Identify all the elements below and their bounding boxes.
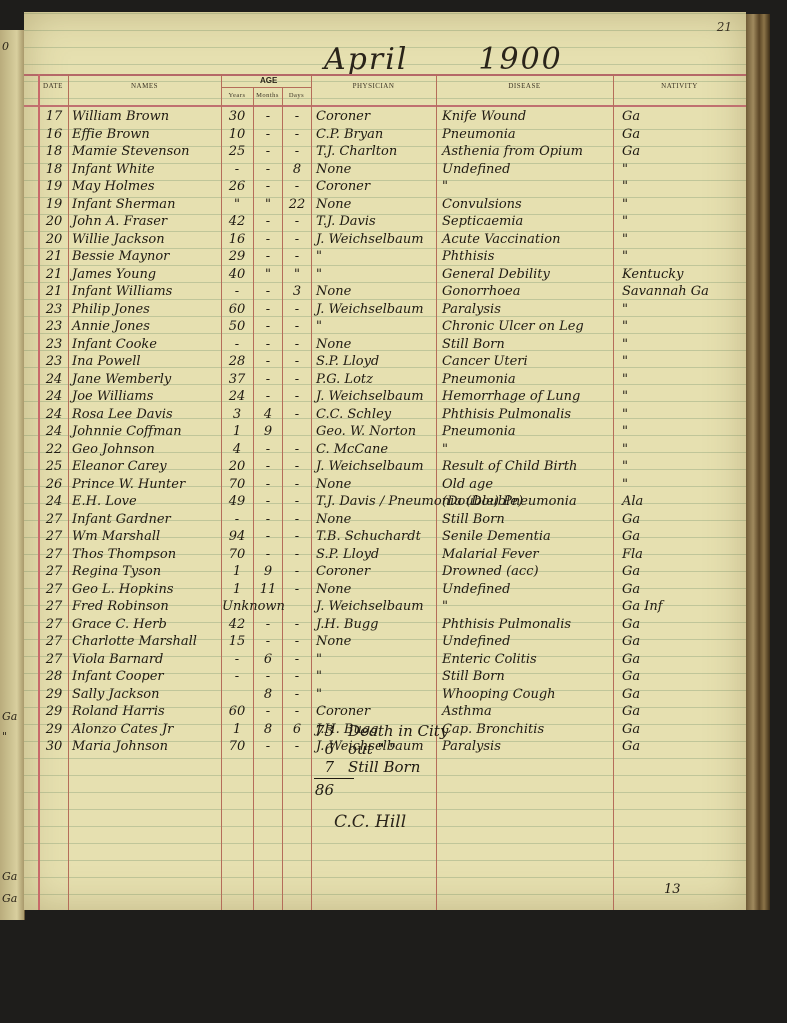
entry-name: Fred Robinson <box>72 598 169 615</box>
entry-age-days: - <box>284 178 310 195</box>
entry-nativity: Ga <box>622 563 640 580</box>
ledger-row: 28Infant Cooper---"Still BornGa <box>24 668 746 686</box>
entry-name: Infant Sherman <box>72 196 175 213</box>
entry-disease: Septicaemia <box>442 213 523 230</box>
month-header: April1900 <box>324 42 563 77</box>
entry-name: Rosa Lee Davis <box>72 406 173 423</box>
entry-age-days: - <box>284 371 310 388</box>
entry-age-years: 37 <box>222 371 252 388</box>
entry-age-years: 1 <box>222 581 252 598</box>
entry-nativity: " <box>622 161 628 178</box>
entry-date: 20 <box>40 231 68 248</box>
entry-age-months: - <box>254 511 282 528</box>
entry-date: 24 <box>40 388 68 405</box>
entry-age-months: - <box>254 178 282 195</box>
entry-name: Infant Cooke <box>72 336 157 353</box>
entry-age-years: Unknown <box>222 598 252 615</box>
col-header-months: Months <box>253 92 282 99</box>
entry-physician: " <box>316 686 322 703</box>
ledger-row: 27Infant Gardner---NoneStill BornGa <box>24 511 746 529</box>
summary-count: 6 <box>314 740 334 758</box>
ledger-row: 24Joe Williams24--J. WeichselbaumHemorrh… <box>24 388 746 406</box>
ledger-row: 25Eleanor Carey20--J. WeichselbaumResult… <box>24 458 746 476</box>
entry-age-months: - <box>254 108 282 125</box>
entry-age-days: 6 <box>284 721 310 738</box>
entry-name: Mamie Stevenson <box>72 143 189 160</box>
entry-age-months: 8 <box>254 686 282 703</box>
entry-age-months: - <box>254 546 282 563</box>
entry-age-years: - <box>222 161 252 178</box>
ledger-page: 21 April1900 DATE NAMES AGE Years Months… <box>24 12 746 910</box>
entry-age-days: - <box>284 703 310 720</box>
entry-date: 19 <box>40 196 68 213</box>
entry-name: Maria Johnson <box>72 738 168 755</box>
ledger-entries: 17William Brown30--CoronerKnife WoundGa1… <box>24 108 746 756</box>
entry-age-days: - <box>284 738 310 755</box>
entry-date: 19 <box>40 178 68 195</box>
entry-date: 21 <box>40 266 68 283</box>
entry-name: Infant Gardner <box>72 511 171 528</box>
entry-name: Johnnie Coffman <box>72 423 182 440</box>
entry-age-months: - <box>254 231 282 248</box>
entry-age-years: 1 <box>222 721 252 738</box>
entry-date: 23 <box>40 336 68 353</box>
entry-nativity: " <box>622 388 628 405</box>
entry-age-years: 10 <box>222 126 252 143</box>
entry-age-months: - <box>254 336 282 353</box>
entry-nativity: Savannah Ga <box>622 283 709 300</box>
entry-physician: Geo. W. Norton <box>316 423 416 440</box>
left-page-fragment: " <box>2 730 7 743</box>
entry-age-years: 50 <box>222 318 252 335</box>
year-label: 1900 <box>478 42 562 77</box>
entry-date: 18 <box>40 143 68 160</box>
entry-name: James Young <box>72 266 156 283</box>
entry-date: 26 <box>40 476 68 493</box>
entry-physician: None <box>316 161 351 178</box>
entry-nativity: Ga <box>622 143 640 160</box>
ledger-row: 23Philip Jones60--J. WeichselbaumParalys… <box>24 301 746 319</box>
entry-date: 27 <box>40 616 68 633</box>
entry-physician: Coroner <box>316 703 370 720</box>
entry-nativity: Kentucky <box>622 266 684 283</box>
entry-disease: Phthisis Pulmonalis <box>442 406 571 423</box>
entry-age-days: - <box>284 388 310 405</box>
left-page-fragment: Ga <box>2 870 17 883</box>
ledger-row: 23Annie Jones50--"Chronic Ulcer on Leg" <box>24 318 746 336</box>
entry-name: Bessie Maynor <box>72 248 169 265</box>
entry-age-years: " <box>222 196 252 213</box>
entry-age-months: - <box>254 318 282 335</box>
entry-age-days: - <box>284 336 310 353</box>
entry-nativity: Ga <box>622 738 640 755</box>
entry-name: Alonzo Cates Jr <box>72 721 173 738</box>
entry-age-years: 15 <box>222 633 252 650</box>
entry-physician: J. Weichselbaum <box>316 458 424 475</box>
entry-physician: J. Weichselbaum <box>316 598 424 615</box>
ledger-row: 29Roland Harris60--CoronerAsthmaGa <box>24 703 746 721</box>
entry-physician: None <box>316 633 351 650</box>
entry-nativity: Ga <box>622 651 640 668</box>
entry-age-months: - <box>254 668 282 685</box>
entry-nativity: Ga <box>622 581 640 598</box>
entry-name: E.H. Love <box>72 493 137 510</box>
entry-age-days: - <box>284 581 310 598</box>
entry-age-days: - <box>284 686 310 703</box>
entry-name: Ina Powell <box>72 353 141 370</box>
entry-name: Eleanor Carey <box>72 458 167 475</box>
entry-disease: Phthisis Pulmonalis <box>442 616 571 633</box>
entry-age-days: - <box>284 651 310 668</box>
entry-age-months: - <box>254 476 282 493</box>
header-bottom-rule <box>24 105 746 107</box>
entry-age-days: - <box>284 301 310 318</box>
entry-date: 27 <box>40 598 68 615</box>
left-page-fragment: Ga <box>2 892 17 905</box>
entry-name: Geo Johnson <box>72 441 155 458</box>
entry-nativity: Ga <box>622 633 640 650</box>
col-header-nativity: NATIVITY <box>613 82 746 90</box>
entry-physician: T.B. Schuchardt <box>316 528 421 545</box>
entry-physician: None <box>316 476 351 493</box>
entry-disease: Paralysis <box>442 738 501 755</box>
entry-disease: Senile Dementia <box>442 528 551 545</box>
entry-age-months: - <box>254 441 282 458</box>
entry-name: Wm Marshall <box>72 528 160 545</box>
entry-age-years: 4 <box>222 441 252 458</box>
entry-age-months: - <box>254 703 282 720</box>
entry-physician: None <box>316 283 351 300</box>
entry-name: Philip Jones <box>72 301 150 318</box>
entry-disease: Acute Vaccination <box>442 231 560 248</box>
entry-disease: Drowned (acc) <box>442 563 539 580</box>
ledger-row: 29Sally Jackson8-"Whooping CoughGa <box>24 686 746 704</box>
entry-date: 27 <box>40 511 68 528</box>
entry-age-days: - <box>284 476 310 493</box>
entry-physician: J. Weichselbaum <box>316 388 424 405</box>
entry-name: Sally Jackson <box>72 686 159 703</box>
entry-disease: Still Born <box>442 511 505 528</box>
left-page-fragment: 0 <box>2 40 9 53</box>
entry-age-years: - <box>222 336 252 353</box>
ledger-row: 17William Brown30--CoronerKnife WoundGa <box>24 108 746 126</box>
entry-date: 27 <box>40 563 68 580</box>
entry-nativity: " <box>622 318 628 335</box>
entry-disease: Undefined <box>442 633 510 650</box>
entry-age-years: - <box>222 283 252 300</box>
summary-label: Still Born <box>348 758 420 776</box>
entry-age-days: - <box>284 528 310 545</box>
month-label: April <box>324 42 408 77</box>
entry-date: 16 <box>40 126 68 143</box>
entry-nativity: " <box>622 196 628 213</box>
entry-disease: Malarial Fever <box>442 546 539 563</box>
entry-date: 18 <box>40 161 68 178</box>
ledger-row: 23Ina Powell28--S.P. LloydCancer Uteri" <box>24 353 746 371</box>
entry-age-years: 28 <box>222 353 252 370</box>
entry-nativity: Ga <box>622 721 640 738</box>
entry-age-months: - <box>254 371 282 388</box>
entry-age-days: - <box>284 563 310 580</box>
entry-date: 27 <box>40 633 68 650</box>
ledger-row: 18Mamie Stevenson25--T.J. CharltonAsthen… <box>24 143 746 161</box>
entry-disease: " <box>442 441 448 458</box>
entry-nativity: " <box>622 231 628 248</box>
entry-age-days: 3 <box>284 283 310 300</box>
entry-disease: Whooping Cough <box>442 686 556 703</box>
entry-age-years: 24 <box>222 388 252 405</box>
entry-date: 28 <box>40 668 68 685</box>
entry-age-days: 8 <box>284 161 310 178</box>
entry-physician: None <box>316 336 351 353</box>
entry-nativity: Fla <box>622 546 643 563</box>
entry-age-years: 94 <box>222 528 252 545</box>
entry-date: 27 <box>40 651 68 668</box>
entry-name: Infant Williams <box>72 283 172 300</box>
entry-age-years: 70 <box>222 738 252 755</box>
entry-age-days: - <box>284 458 310 475</box>
ledger-row: 27Thos Thompson70--S.P. LloydMalarial Fe… <box>24 546 746 564</box>
col-header-age: AGE <box>260 76 277 85</box>
entry-date: 25 <box>40 458 68 475</box>
entry-name: Effie Brown <box>72 126 150 143</box>
book-page-edges <box>746 14 770 910</box>
entry-name: Regina Tyson <box>72 563 161 580</box>
entry-name: Infant Cooper <box>72 668 164 685</box>
entry-date: 17 <box>40 108 68 125</box>
entry-age-months: - <box>254 738 282 755</box>
entry-age-months: 9 <box>254 423 282 440</box>
entry-age-years: 42 <box>222 213 252 230</box>
entry-physician: None <box>316 511 351 528</box>
entry-age-months: " <box>254 196 282 213</box>
entry-name: Grace C. Herb <box>72 616 167 633</box>
entry-physician: " <box>316 248 322 265</box>
entry-date: 21 <box>40 248 68 265</box>
col-header-date: DATE <box>38 82 68 90</box>
entry-disease: Hemorrhage of Lung <box>442 388 580 405</box>
entry-date: 24 <box>40 423 68 440</box>
entry-nativity: " <box>622 301 628 318</box>
entry-nativity: " <box>622 458 628 475</box>
entry-age-days: - <box>284 231 310 248</box>
entry-date: 27 <box>40 546 68 563</box>
entry-name: Geo L. Hopkins <box>72 581 174 598</box>
ledger-row: 21Infant Williams--3NoneGonorrhoeaSavann… <box>24 283 746 301</box>
ledger-row: 27Viola Barnard-6-"Enteric ColitisGa <box>24 651 746 669</box>
entry-date: 30 <box>40 738 68 755</box>
ledger-row: 21Bessie Maynor29--"Phthisis" <box>24 248 746 266</box>
entry-date: 21 <box>40 283 68 300</box>
entry-physician: " <box>316 266 322 283</box>
entry-age-months: - <box>254 283 282 300</box>
entry-name: Infant White <box>72 161 155 178</box>
entry-disease: Undefined <box>442 161 510 178</box>
entry-nativity: Ala <box>622 493 643 510</box>
ledger-row: 27Geo L. Hopkins111-NoneUndefinedGa <box>24 581 746 599</box>
entry-nativity: Ga <box>622 703 640 720</box>
entry-age-days: - <box>284 406 310 423</box>
entry-age-months: - <box>254 248 282 265</box>
entry-age-months: 11 <box>254 581 282 598</box>
entry-age-years: - <box>222 668 252 685</box>
entry-nativity: " <box>622 423 628 440</box>
entry-disease: " <box>442 598 448 615</box>
entry-physician: None <box>316 196 351 213</box>
corner-mark: 13 <box>664 882 681 897</box>
entry-age-days: - <box>284 633 310 650</box>
left-page-fragment: Ga <box>2 710 17 723</box>
entry-age-days: - <box>284 108 310 125</box>
entry-age-days: - <box>284 493 310 510</box>
summary-label: out " " <box>348 740 396 758</box>
entry-name: Viola Barnard <box>72 651 163 668</box>
entry-nativity: " <box>622 476 628 493</box>
ledger-row: 18Infant White--8NoneUndefined" <box>24 161 746 179</box>
entry-nativity: Ga <box>622 668 640 685</box>
entry-disease: Old age <box>442 476 493 493</box>
entry-age-years: 25 <box>222 143 252 160</box>
ledger-row: 23Infant Cooke---NoneStill Born" <box>24 336 746 354</box>
entry-nativity: " <box>622 178 628 195</box>
entry-disease: Convulsions <box>442 196 522 213</box>
entry-age-months: 6 <box>254 651 282 668</box>
ledger-row: 26Prince W. Hunter70--NoneOld age" <box>24 476 746 494</box>
entry-nativity: " <box>622 441 628 458</box>
entry-date: 23 <box>40 353 68 370</box>
entry-disease: Result of Child Birth <box>442 458 577 475</box>
entry-disease: Phthisis <box>442 248 494 265</box>
entry-age-years: 60 <box>222 703 252 720</box>
entry-age-years: - <box>222 511 252 528</box>
entry-name: Thos Thompson <box>72 546 176 563</box>
summary-count: 7 <box>314 758 334 776</box>
entry-nativity: " <box>622 248 628 265</box>
entry-date: 29 <box>40 721 68 738</box>
entry-disease: General Debility <box>442 266 550 283</box>
ledger-row: 21James Young40"""General DebilityKentuc… <box>24 266 746 284</box>
entry-nativity: " <box>622 213 628 230</box>
summary-count: 73 <box>314 722 334 740</box>
ledger-row: 27Charlotte Marshall15--NoneUndefinedGa <box>24 633 746 651</box>
entry-disease: Pneumonia <box>442 126 516 143</box>
entry-age-years: 26 <box>222 178 252 195</box>
entry-disease: " <box>442 178 448 195</box>
ledger-row: 19May Holmes26--Coroner"" <box>24 178 746 196</box>
entry-nativity: " <box>622 406 628 423</box>
ledger-row: 24E.H. Love49--T.J. Davis / Pneumonia (D… <box>24 493 746 511</box>
entry-disease: Undefined <box>442 581 510 598</box>
ledger-row: 22Geo Johnson4--C. McCane"" <box>24 441 746 459</box>
entry-age-days: - <box>284 353 310 370</box>
total-rule <box>314 778 354 779</box>
col-header-days: Days <box>282 92 311 99</box>
entry-nativity: Ga <box>622 528 640 545</box>
entry-age-months: - <box>254 353 282 370</box>
ledger-row: 27Grace C. Herb42--J.H. BuggPhthisis Pul… <box>24 616 746 634</box>
entry-age-days: - <box>284 126 310 143</box>
entry-age-years: 1 <box>222 423 252 440</box>
entry-nativity: Ga Inf <box>622 598 663 615</box>
entry-age-months: - <box>254 633 282 650</box>
entry-nativity: Ga <box>622 511 640 528</box>
entry-name: Joe Williams <box>72 388 153 405</box>
col-header-physician: PHYSICIAN <box>311 82 436 90</box>
entry-age-months: - <box>254 458 282 475</box>
ledger-row: 19Infant Sherman""22NoneConvulsions" <box>24 196 746 214</box>
entry-name: Roland Harris <box>72 703 165 720</box>
entry-date: 24 <box>40 371 68 388</box>
entry-name: Willie Jackson <box>72 231 165 248</box>
entry-physician: C. McCane <box>316 441 388 458</box>
entry-date: 24 <box>40 406 68 423</box>
entry-disease: Still Born <box>442 668 505 685</box>
entry-age-days: - <box>284 546 310 563</box>
entry-physician: None <box>316 581 351 598</box>
entry-physician: Coroner <box>316 178 370 195</box>
entry-age-months: - <box>254 126 282 143</box>
ledger-row: 24Johnnie Coffman19Geo. W. NortonPneumon… <box>24 423 746 441</box>
entry-age-years: 40 <box>222 266 252 283</box>
entry-age-years: 20 <box>222 458 252 475</box>
total-count: 86 <box>314 781 334 799</box>
entry-name: Annie Jones <box>72 318 150 335</box>
entry-age-days: - <box>284 441 310 458</box>
entry-disease: (Double) Pneumonia <box>442 493 577 510</box>
ledger-row: 27Regina Tyson19-CoronerDrowned (acc)Ga <box>24 563 746 581</box>
entry-age-years: 29 <box>222 248 252 265</box>
ledger-row: 16Effie Brown10--C.P. BryanPneumoniaGa <box>24 126 746 144</box>
entry-nativity: " <box>622 353 628 370</box>
col-header-years: Years <box>221 92 253 99</box>
ledger-row: 20John A. Fraser42--T.J. DavisSepticaemi… <box>24 213 746 231</box>
entry-age-days: " <box>284 266 310 283</box>
entry-physician: C.C. Schley <box>316 406 391 423</box>
entry-date: 27 <box>40 581 68 598</box>
entry-age-years: 49 <box>222 493 252 510</box>
entry-age-days: - <box>284 511 310 528</box>
ledger-row: 24Jane Wemberly37--P.G. LotzPneumonia" <box>24 371 746 389</box>
entry-age-years: 3 <box>222 406 252 423</box>
entry-physician: T.J. Charlton <box>316 143 397 160</box>
entry-age-months: - <box>254 528 282 545</box>
entry-date: 29 <box>40 703 68 720</box>
entry-name: Prince W. Hunter <box>72 476 185 493</box>
entry-age-years: 70 <box>222 476 252 493</box>
entry-disease: Asthma <box>442 703 492 720</box>
entry-physician: S.P. Lloyd <box>316 353 379 370</box>
entry-age-days: - <box>284 213 310 230</box>
summary-line: 73Death in City <box>314 722 448 740</box>
entry-age-days: - <box>284 143 310 160</box>
entry-age-months: 8 <box>254 721 282 738</box>
ledger-row: 24Rosa Lee Davis34-C.C. SchleyPhthisis P… <box>24 406 746 424</box>
ledger-row: 27Wm Marshall94--T.B. SchuchardtSenile D… <box>24 528 746 546</box>
summary-label: Death in City <box>348 722 448 740</box>
summary-line: 6out " " <box>314 740 448 758</box>
entry-disease: Enteric Colitis <box>442 651 537 668</box>
entry-physician: J. Weichselbaum <box>316 301 424 318</box>
entry-age-days: - <box>284 248 310 265</box>
entry-physician: C.P. Bryan <box>316 126 383 143</box>
death-summary: 73Death in City 6out " " 7Still Born 86 <box>314 722 448 799</box>
entry-age-months: - <box>254 161 282 178</box>
entry-disease: Pneumonia <box>442 371 516 388</box>
entry-age-months: - <box>254 213 282 230</box>
entry-age-years: 30 <box>222 108 252 125</box>
entry-physician: " <box>316 318 322 335</box>
entry-physician: J. Weichselbaum <box>316 231 424 248</box>
